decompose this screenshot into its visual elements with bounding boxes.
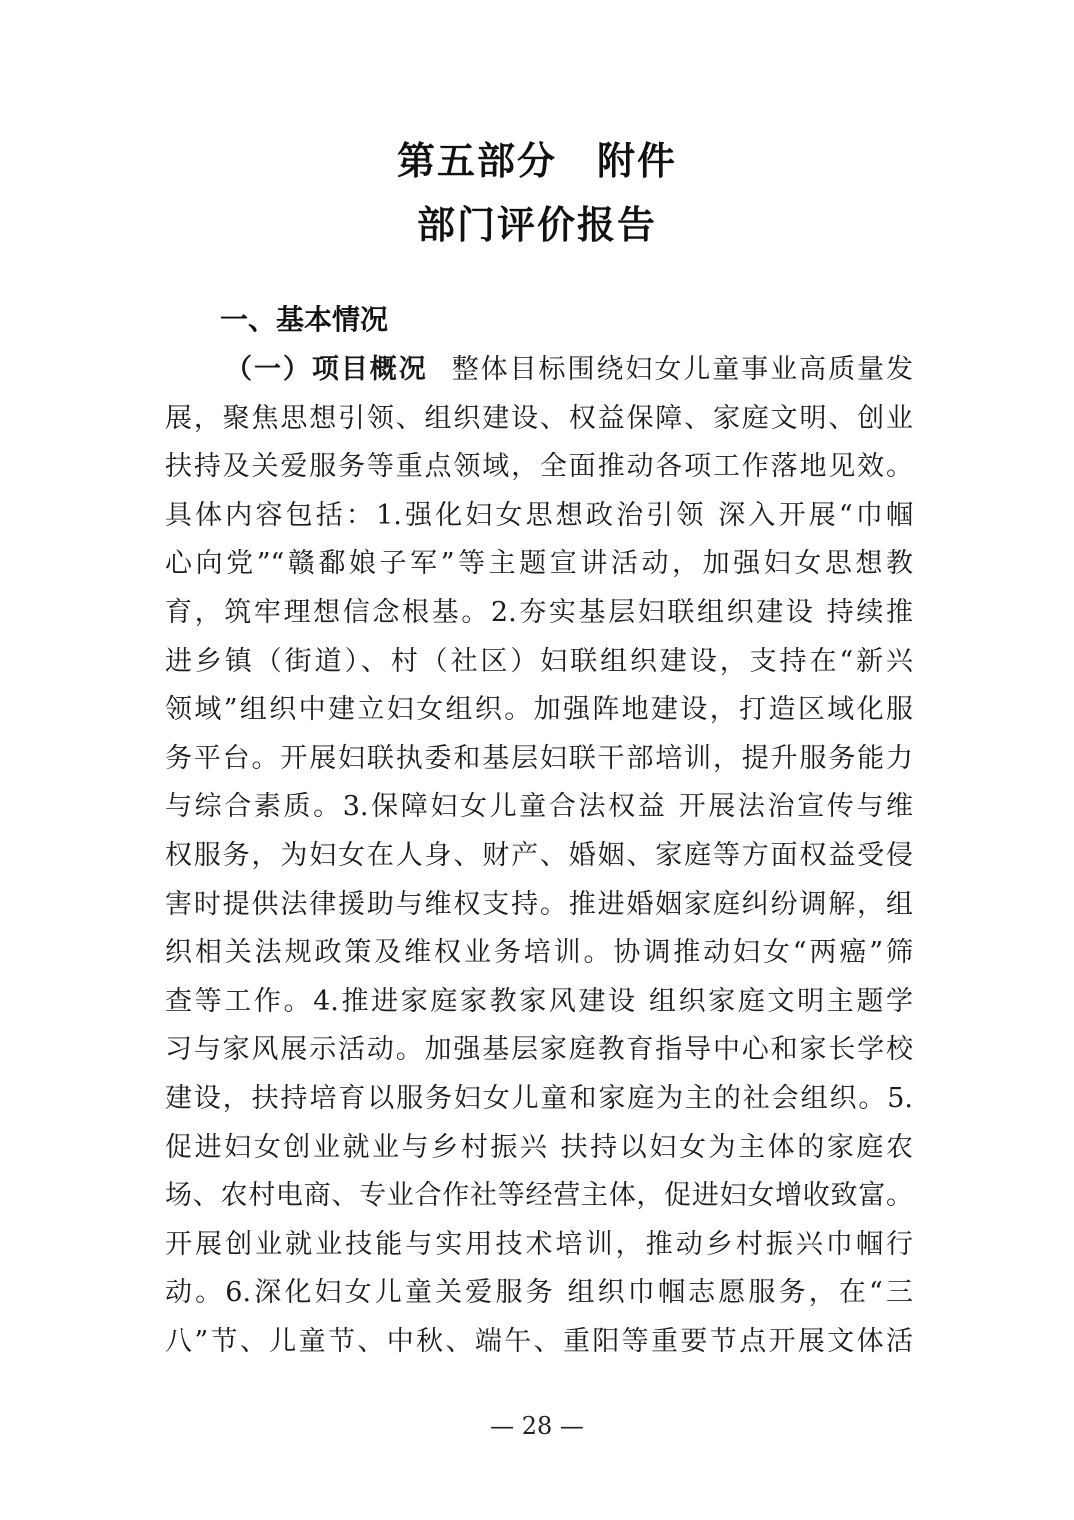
paragraph-line: 展，聚焦思想引领、组织建设、权益保障、家庭文明、创业 xyxy=(165,395,913,444)
body-text: （一）项目概况整体目标围绕妇女儿童事业高质量发 展，聚焦思想引领、组织建设、权益… xyxy=(165,346,913,1366)
paragraph-line: 进乡镇（街道）、村（社区）妇联组织建设，支持在“新兴 xyxy=(165,638,913,687)
paragraph-line: 务平台。开展妇联执委和基层妇联干部培训，提升服务能力 xyxy=(165,735,913,784)
section-heading: 一、基本情况 xyxy=(220,300,388,340)
paragraph-line: 建设，扶持培育以服务妇女儿童和家庭为主的社会组织。5. xyxy=(165,1075,913,1124)
paragraph-line: （一）项目概况整体目标围绕妇女儿童事业高质量发 xyxy=(165,346,913,395)
paragraph-line: 织相关法规政策及维权业务培训。协调推动妇女“两癌”筛 xyxy=(165,929,913,978)
paragraph-line: 害时提供法律援助与维权支持。推进婚姻家庭纠纷调解，组 xyxy=(165,881,913,930)
paragraph-line: 动。6.深化妇女儿童关爱服务 组织巾帼志愿服务，在“三 xyxy=(165,1269,913,1318)
report-title: 部门评价报告 xyxy=(0,200,1074,250)
document-page: 第五部分 附件 部门评价报告 一、基本情况 （一）项目概况整体目标围绕妇女儿童事… xyxy=(0,0,1074,1520)
paragraph-line: 习与家风展示活动。加强基层家庭教育指导中心和家长学校 xyxy=(165,1026,913,1075)
paragraph-line: 与综合素质。3.保障妇女儿童合法权益 开展法治宣传与维 xyxy=(165,783,913,832)
page-number: — 28 — xyxy=(0,1410,1074,1442)
paragraph-line: 开展创业就业技能与实用技术培训，推动乡村振兴巾帼行 xyxy=(165,1221,913,1270)
part-title: 第五部分 附件 xyxy=(0,136,1074,186)
paragraph-line: 领域”组织中建立妇女组织。加强阵地建设，打造区域化服 xyxy=(165,686,913,735)
paragraph-line: 查等工作。4.推进家庭家教家风建设 组织家庭文明主题学 xyxy=(165,978,913,1027)
paragraph-line: 八”节、儿童节、中秋、端午、重阳等重要节点开展文体活 xyxy=(165,1318,913,1367)
line-text: 整体目标围绕妇女儿童事业高质量发 xyxy=(452,354,913,385)
paragraph-line: 权服务，为妇女在人身、财产、婚姻、家庭等方面权益受侵 xyxy=(165,832,913,881)
subsection-label: （一）项目概况 xyxy=(225,354,428,385)
paragraph-line: 心向党”“赣鄱娘子军”等主题宣讲活动，加强妇女思想教 xyxy=(165,540,913,589)
paragraph-line: 育，筑牢理想信念根基。2.夯实基层妇联组织建设 持续推 xyxy=(165,589,913,638)
paragraph-line: 扶持及关爱服务等重点领域，全面推动各项工作落地见效。 xyxy=(165,443,913,492)
paragraph-line: 促进妇女创业就业与乡村振兴 扶持以妇女为主体的家庭农 xyxy=(165,1124,913,1173)
paragraph-line: 具体内容包括：1.强化妇女思想政治引领 深入开展“巾帼 xyxy=(165,492,913,541)
paragraph-line: 场、农村电商、专业合作社等经营主体，促进妇女增收致富。 xyxy=(165,1172,913,1221)
